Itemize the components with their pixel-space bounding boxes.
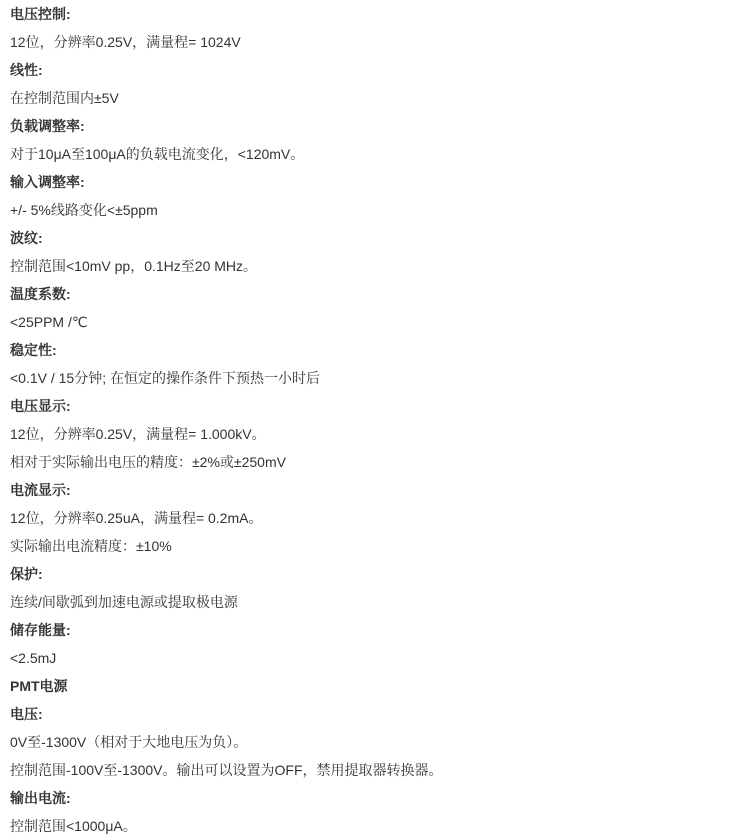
- spec-text: 对于10μA至100μA的负载电流变化，<120mV。: [10, 140, 750, 168]
- spec-heading: PMT电源: [10, 672, 750, 700]
- spec-heading: 波纹:: [10, 224, 750, 252]
- spec-document: 电压控制:12位，分辨率0.25V，满量程= 1024V线性:在控制范围内±5V…: [0, 0, 750, 838]
- spec-heading: 电压:: [10, 700, 750, 728]
- spec-heading: 温度系数:: [10, 280, 750, 308]
- spec-text: 控制范围<1000μA。: [10, 812, 750, 838]
- spec-text: 连续/间歇弧到加速电源或提取极电源: [10, 588, 750, 616]
- spec-text: <25PPM /℃: [10, 308, 750, 336]
- spec-text: <0.1V / 15分钟; 在恒定的操作条件下预热一小时后: [10, 364, 750, 392]
- spec-heading: 输出电流:: [10, 784, 750, 812]
- spec-text: 在控制范围内±5V: [10, 84, 750, 112]
- spec-heading: 稳定性:: [10, 336, 750, 364]
- spec-text: 控制范围<10mV pp，0.1Hz至20 MHz。: [10, 252, 750, 280]
- spec-heading: 电流显示:: [10, 476, 750, 504]
- spec-text: 实际输出电流精度：±10%: [10, 532, 750, 560]
- spec-heading: 线性:: [10, 56, 750, 84]
- spec-heading: 电压显示:: [10, 392, 750, 420]
- spec-text: 相对于实际输出电压的精度：±2%或±250mV: [10, 448, 750, 476]
- spec-text: 0V至-1300V（相对于大地电压为负）。: [10, 728, 750, 756]
- spec-text: 12位，分辨率0.25V，满量程= 1024V: [10, 28, 750, 56]
- spec-heading: 保护:: [10, 560, 750, 588]
- spec-heading: 输入调整率:: [10, 168, 750, 196]
- spec-text: 控制范围-100V至-1300V。输出可以设置为OFF，禁用提取器转换器。: [10, 756, 750, 784]
- spec-heading: 储存能量:: [10, 616, 750, 644]
- spec-list: 电压控制:12位，分辨率0.25V，满量程= 1024V线性:在控制范围内±5V…: [10, 0, 750, 838]
- spec-text: 12位，分辨率0.25uA，满量程= 0.2mA。: [10, 504, 750, 532]
- spec-heading: 电压控制:: [10, 0, 750, 28]
- spec-text: <2.5mJ: [10, 644, 750, 672]
- spec-heading: 负载调整率:: [10, 112, 750, 140]
- spec-text: 12位，分辨率0.25V，满量程= 1.000kV。: [10, 420, 750, 448]
- spec-text: +/- 5%线路变化<±5ppm: [10, 196, 750, 224]
